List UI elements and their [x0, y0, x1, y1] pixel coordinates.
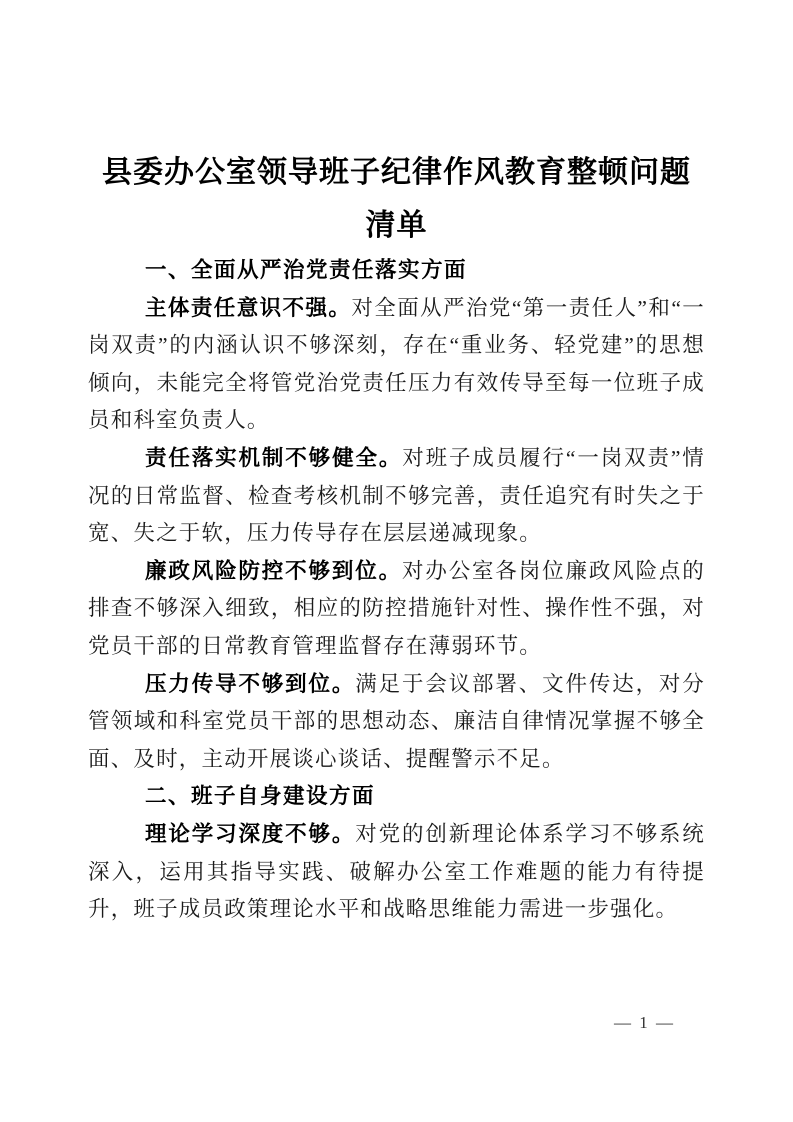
paragraph: 责任落实机制不够健全。对班子成员履行“一岗双责”情况的日常监督、检查考核机制不够…	[88, 440, 705, 553]
document-title: 县委办公室领导班子纪律作风教育整顿问题清单	[88, 146, 705, 252]
paragraph-lead: 主体责任意识不强。	[145, 296, 351, 320]
paragraph: 廉政风险防控不够到位。对办公室各岗位廉政风险点的排查不够深入细致，相应的防控措施…	[88, 553, 705, 666]
paragraph: 理论学习深度不够。对党的创新理论体系学习不够系统深入，运用其指导实践、破解办公室…	[88, 816, 705, 929]
paragraph: 压力传导不够到位。满足于会议部署、文件传达，对分管领域和科室党员干部的思想动态、…	[88, 666, 705, 779]
paragraph-lead: 责任落实机制不够健全。	[145, 446, 402, 470]
section-1-heading: 一、全面从严治党责任落实方面	[88, 252, 705, 290]
document-body: 一、全面从严治党责任落实方面 主体责任意识不强。对全面从严治党“第一责任人”和“…	[88, 252, 705, 929]
paragraph-lead: 压力传导不够到位。	[145, 672, 355, 696]
section-2-heading: 二、班子自身建设方面	[88, 778, 705, 816]
paragraph: 主体责任意识不强。对全面从严治党“第一责任人”和“一岗双责”的内涵认识不够深刻，…	[88, 290, 705, 440]
page-number: — 1 —	[614, 1013, 675, 1033]
document-page: 县委办公室领导班子纪律作风教育整顿问题清单 一、全面从严治党责任落实方面 主体责…	[0, 0, 793, 1122]
paragraph-lead: 廉政风险防控不够到位。	[145, 559, 402, 583]
paragraph-lead: 理论学习深度不够。	[145, 822, 355, 846]
